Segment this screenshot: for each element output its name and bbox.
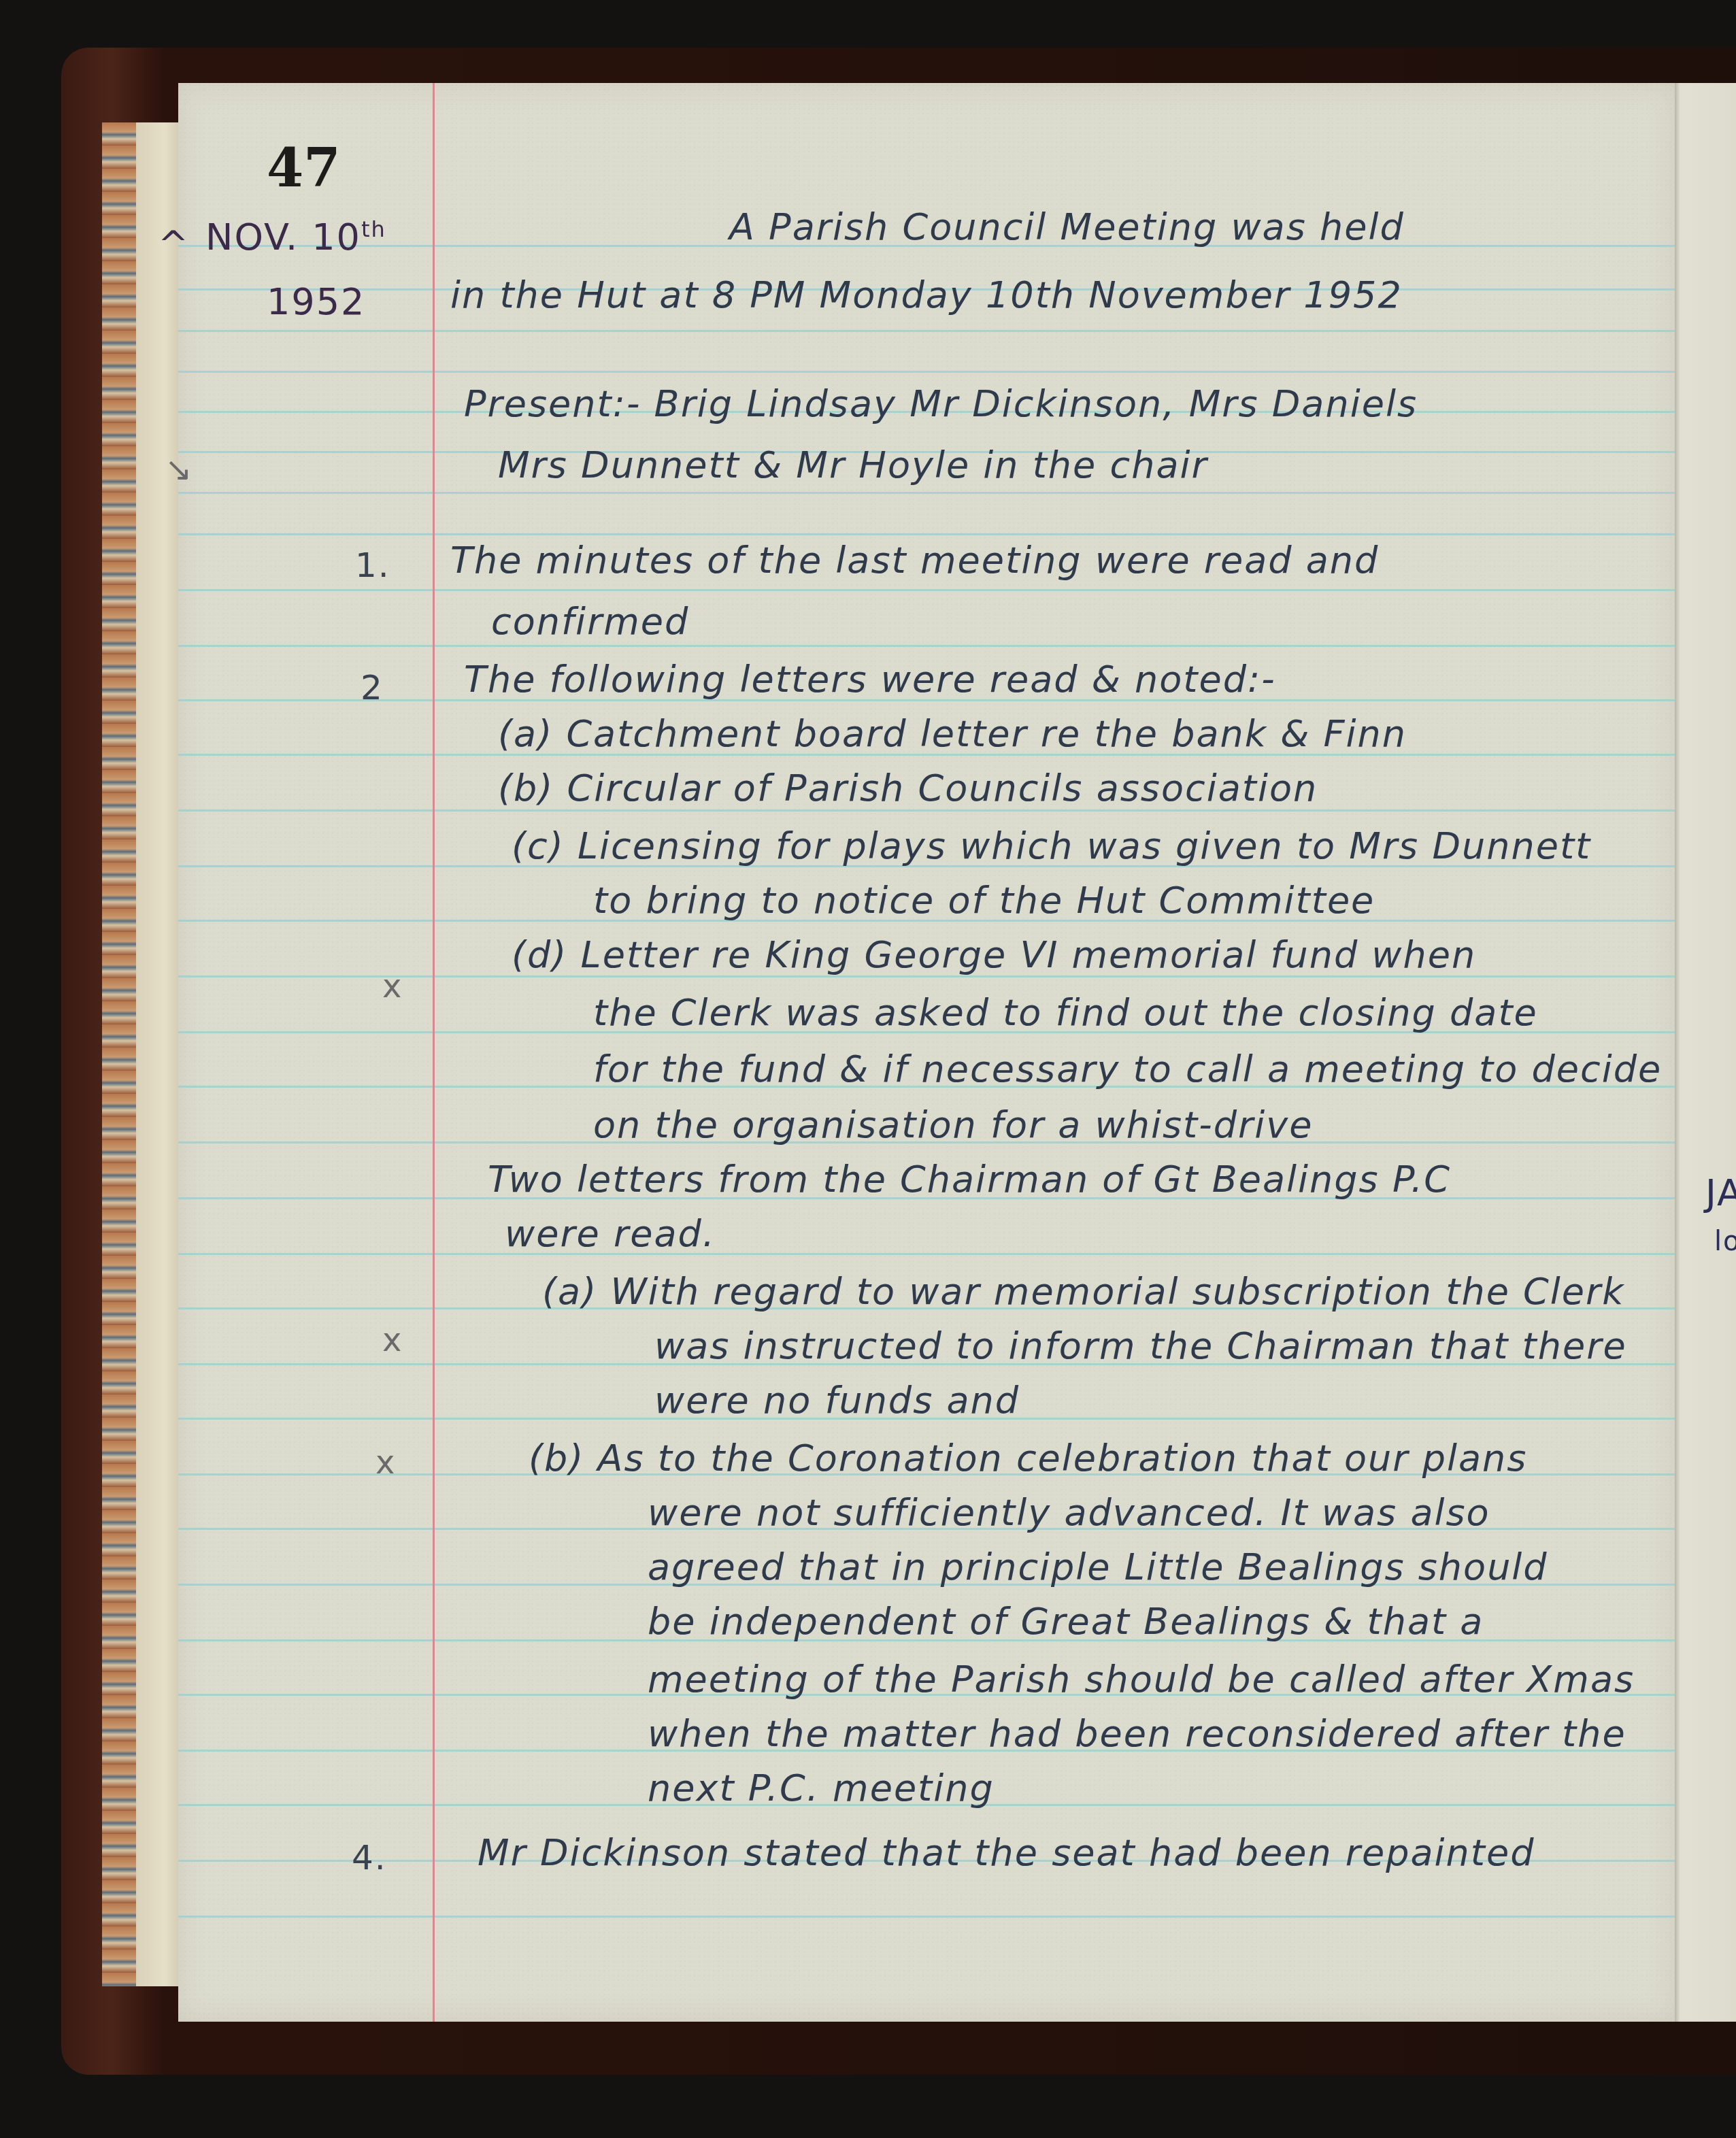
item-3b-line-2: were not sufficiently advanced. It was a… xyxy=(648,1491,1490,1534)
item-2c-line-1: (c) Licensing for plays which was given … xyxy=(512,824,1591,867)
red-margin-line xyxy=(433,83,435,2022)
item-2b: (b) Circular of Parish Councils associat… xyxy=(498,767,1318,809)
item-3b-line-6: when the matter had been reconsidered af… xyxy=(648,1712,1626,1755)
item-1-line-1: The minutes of the last meeting were rea… xyxy=(450,539,1379,582)
ruled-line xyxy=(178,1253,1675,1255)
item-4: Mr Dickinson stated that the seat had be… xyxy=(478,1831,1535,1874)
date-day: NOV. 10th xyxy=(205,216,386,258)
next-page-fragment: lo xyxy=(1714,1226,1736,1257)
item-number: 4. xyxy=(352,1838,387,1877)
ruled-line xyxy=(178,589,1675,591)
item-3-line-1: Two letters from the Chairman of Gt Beal… xyxy=(488,1158,1451,1201)
ruled-line xyxy=(178,492,1675,494)
item-3b-line-7: next P.C. meeting xyxy=(648,1767,995,1809)
item-2d-line-3: for the fund & if necessary to call a me… xyxy=(593,1048,1662,1090)
next-page-fragment: JA xyxy=(1705,1171,1736,1214)
item-3b-line-1: (b) As to the Coronation celebration tha… xyxy=(529,1437,1527,1480)
date-caret: ^ xyxy=(158,222,190,265)
item-3a-line-1: (a) With regard to war memorial subscrip… xyxy=(542,1270,1624,1313)
item-2d-line-2: the Clerk was asked to find out the clos… xyxy=(593,991,1538,1034)
item-2c-line-2: to bring to notice of the Hut Committee xyxy=(593,879,1375,922)
item-2a: (a) Catchment board letter re the bank &… xyxy=(498,712,1407,755)
margin-arrow-mark: ↘ xyxy=(165,450,193,488)
item-3a-line-2: was instructed to inform the Chairman th… xyxy=(654,1324,1627,1367)
minutes-heading: A Parish Council Meeting was held xyxy=(729,205,1405,248)
margin-x-mark: x xyxy=(382,967,403,1005)
item-1-line-2: confirmed xyxy=(491,600,689,643)
ruled-line xyxy=(178,645,1675,647)
minutes-heading-line2: in the Hut at 8 PM Monday 10th November … xyxy=(450,273,1403,316)
ruled-line xyxy=(178,1916,1675,1918)
ruled-line xyxy=(178,330,1675,332)
item-3b-line-5: meeting of the Parish should be called a… xyxy=(648,1658,1635,1701)
margin-x-mark: x xyxy=(375,1443,396,1482)
page-edge-stack xyxy=(102,122,185,1986)
next-page-edge: JA lo xyxy=(1675,83,1736,2022)
item-number: 2 xyxy=(361,668,384,707)
page-number: 47 xyxy=(267,137,341,199)
item-number: 1. xyxy=(355,546,390,585)
present-line-2: Mrs Dunnett & Mr Hoyle in the chair xyxy=(498,444,1208,486)
margin-x-mark: x xyxy=(382,1321,403,1359)
item-2d-line-1: (d) Letter re King George VI memorial fu… xyxy=(512,933,1476,976)
present-line-1: Present:- Brig Lindsay Mr Dickinson, Mrs… xyxy=(464,382,1418,425)
item-2d-line-4: on the organisation for a whist-drive xyxy=(593,1103,1313,1146)
item-3b-line-4: be independent of Great Bealings & that … xyxy=(648,1600,1484,1643)
ruled-line xyxy=(178,371,1675,373)
date-year: 1952 xyxy=(267,280,365,323)
notebook-page: 47 ^ NOV. 10th 1952 ↘ x x x 1. 2 4. A Pa… xyxy=(178,83,1675,2022)
ruled-line xyxy=(178,809,1675,812)
ruled-line xyxy=(178,533,1675,535)
item-3a-line-3: were no funds and xyxy=(654,1379,1020,1422)
item-3b-line-3: agreed that in principle Little Bealings… xyxy=(648,1546,1548,1588)
item-2: The following letters were read & noted:… xyxy=(464,658,1276,701)
item-3-line-2: were read. xyxy=(505,1212,716,1255)
